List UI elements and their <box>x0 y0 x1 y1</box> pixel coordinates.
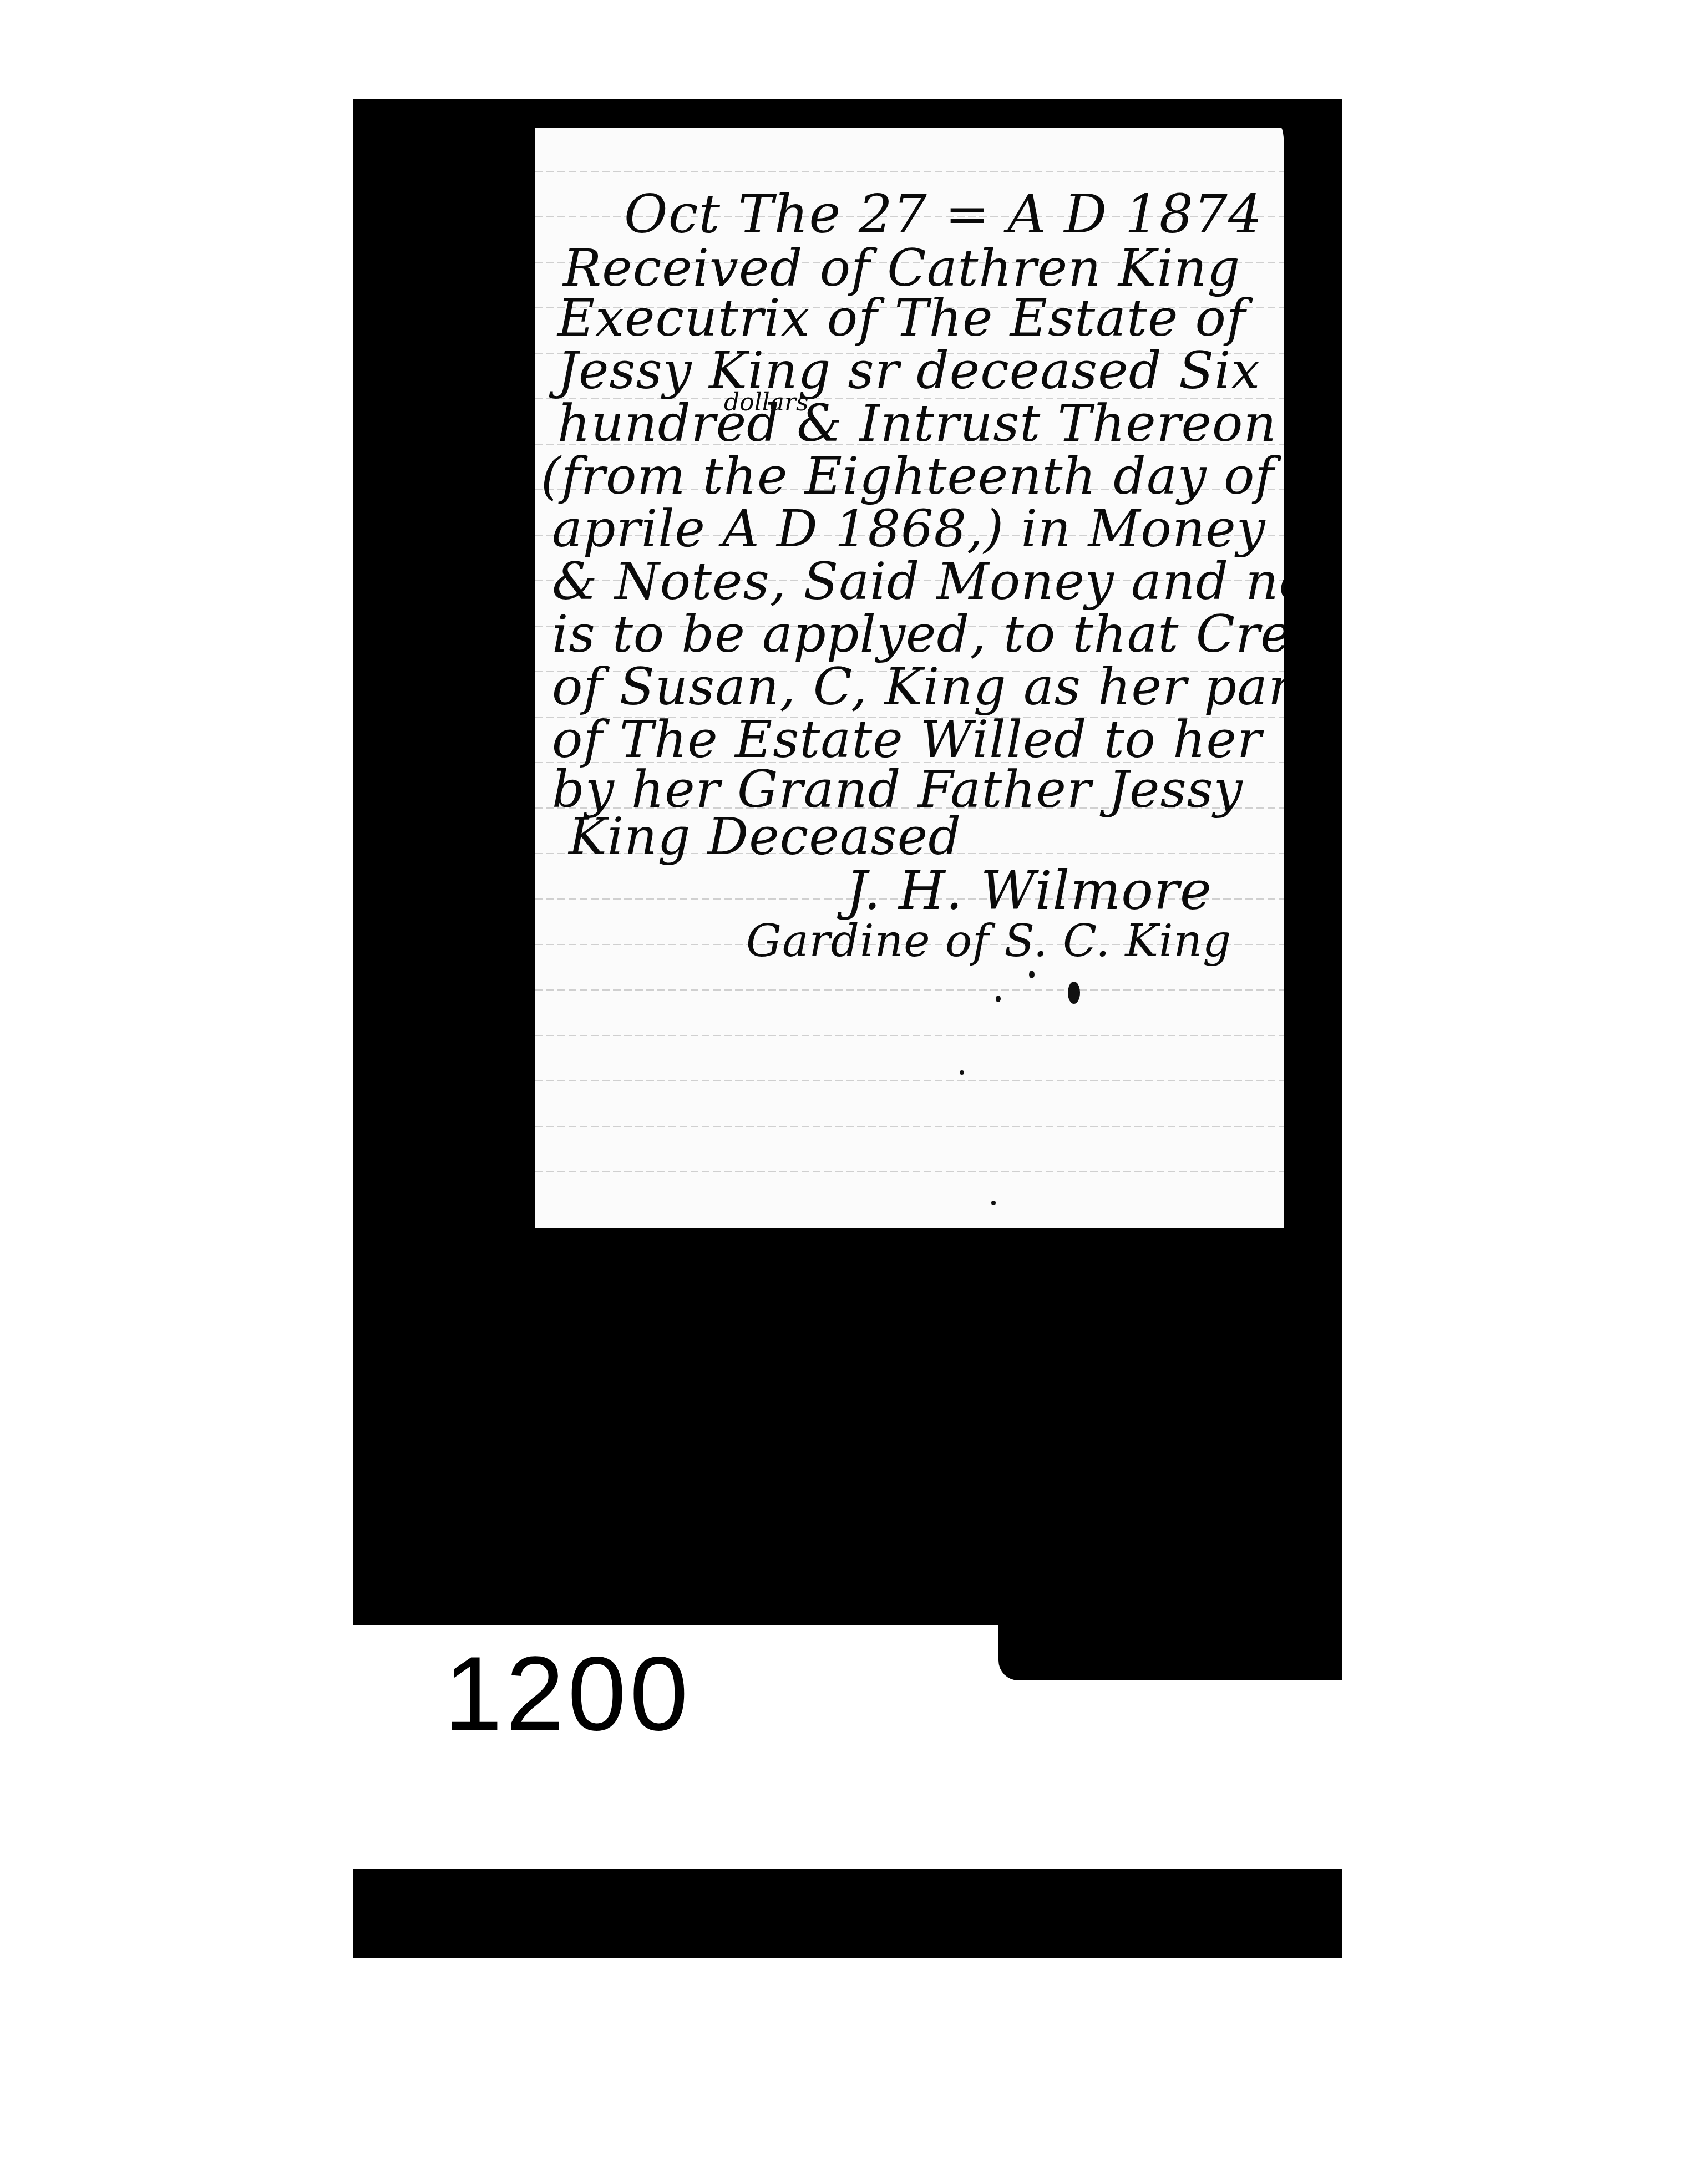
ruled-line <box>535 1126 1284 1127</box>
date-line: Oct The 27 = A D 1874 <box>624 183 1263 245</box>
ink-blot <box>960 1070 964 1075</box>
ruled-line <box>535 1171 1284 1172</box>
tab-notch <box>998 1625 1342 1680</box>
ink-blot <box>996 996 1001 1002</box>
folder-tab-label: 1200 <box>444 1633 692 1754</box>
ruled-line <box>535 1080 1284 1081</box>
ruled-line <box>535 171 1284 172</box>
signature-title: Gardine of S. C. King <box>746 915 1231 967</box>
ruled-line <box>535 989 1284 991</box>
body-line: is to be applyed, to that Credit <box>552 605 1284 664</box>
body-line: aprile A D 1868,) in Money <box>552 499 1266 558</box>
body-line: Executrix of The Estate of <box>557 288 1246 348</box>
body-line: of Susan, C, King as her part <box>552 657 1284 717</box>
scan-bottom-band <box>353 1869 1342 1958</box>
body-line: & Notes, Said Money and notes <box>552 552 1284 611</box>
body-line: (from the Eighteenth day of <box>541 446 1274 506</box>
body-line: King Deceased <box>569 807 961 866</box>
body-line: Jessy King sr deceased Six <box>557 341 1260 400</box>
ruled-line <box>535 1035 1284 1036</box>
ink-blot <box>1029 971 1035 978</box>
ink-blot <box>991 1201 996 1205</box>
handwritten-receipt-page: Oct The 27 = A D 1874 Received of Cathre… <box>535 128 1284 1228</box>
signature: J. H. Wilmore <box>846 860 1212 922</box>
ink-blot <box>1068 982 1080 1004</box>
body-line: hundred & Intrust Thereon <box>557 394 1277 453</box>
